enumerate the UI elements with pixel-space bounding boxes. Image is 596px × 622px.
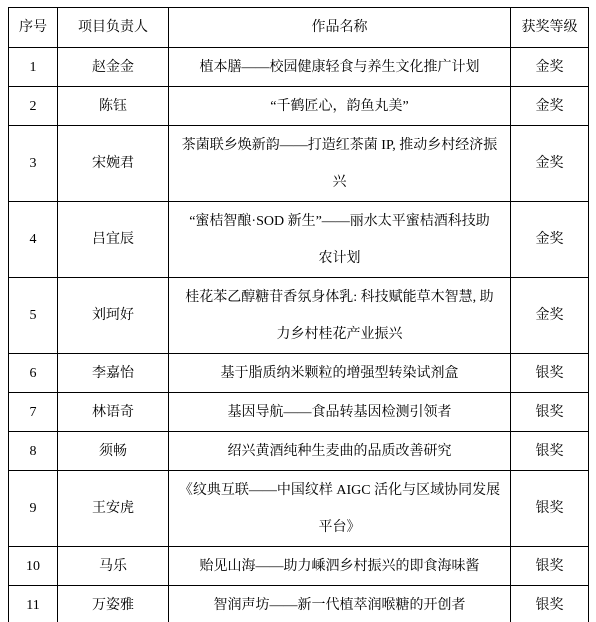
work-title-line: “千鹤匠心，韵鱼丸美”: [173, 88, 506, 125]
cell-leader: 宋婉君: [58, 126, 169, 202]
document-page: 序号 项目负责人 作品名称 获奖等级 1赵金金植本膳——校园健康轻食与养生文化推…: [0, 0, 596, 622]
cell-leader: 赵金金: [58, 48, 169, 87]
work-title-line: 贻见山海——助力嵊泗乡村振兴的即食海味酱: [173, 548, 506, 585]
cell-award: 银奖: [511, 354, 589, 393]
work-title-line: 基于脂质纳米颗粒的增强型转染试剂盒: [173, 355, 506, 392]
cell-no: 9: [9, 471, 58, 547]
cell-award: 金奖: [511, 126, 589, 202]
table-row: 4吕宜辰“蜜桔智酿·SOD 新生”——丽水太平蜜桔酒科技助农计划金奖: [9, 202, 589, 278]
cell-title: 《纹典互联——中国纹样 AIGC 活化与区域协同发展平台》: [169, 471, 511, 547]
cell-award: 金奖: [511, 87, 589, 126]
work-title-line: 桂花苯乙醇糖苷香氛身体乳: 科技赋能草木智慧, 助: [173, 279, 506, 316]
header-leader: 项目负责人: [58, 8, 169, 48]
table-row: 6李嘉怡基于脂质纳米颗粒的增强型转染试剂盒银奖: [9, 354, 589, 393]
cell-no: 3: [9, 126, 58, 202]
cell-title: 绍兴黄酒纯种生麦曲的品质改善研究: [169, 432, 511, 471]
cell-leader: 须畅: [58, 432, 169, 471]
cell-leader: 王安虎: [58, 471, 169, 547]
cell-award: 银奖: [511, 471, 589, 547]
cell-no: 6: [9, 354, 58, 393]
header-no: 序号: [9, 8, 58, 48]
header-title: 作品名称: [169, 8, 511, 48]
cell-title: “千鹤匠心，韵鱼丸美”: [169, 87, 511, 126]
cell-no: 4: [9, 202, 58, 278]
table-row: 1赵金金植本膳——校园健康轻食与养生文化推广计划金奖: [9, 48, 589, 87]
table-row: 9王安虎《纹典互联——中国纹样 AIGC 活化与区域协同发展平台》银奖: [9, 471, 589, 547]
cell-leader: 李嘉怡: [58, 354, 169, 393]
cell-award: 银奖: [511, 393, 589, 432]
table-row: 7林语奇基因导航——食品转基因检测引领者银奖: [9, 393, 589, 432]
table-row: 5刘珂好桂花苯乙醇糖苷香氛身体乳: 科技赋能草木智慧, 助力乡村桂花产业振兴金奖: [9, 278, 589, 354]
award-table: 序号 项目负责人 作品名称 获奖等级 1赵金金植本膳——校园健康轻食与养生文化推…: [8, 7, 589, 622]
table-row: 3宋婉君茶菌联乡焕新韵——打造红茶菌 IP, 推动乡村经济振兴金奖: [9, 126, 589, 202]
cell-no: 1: [9, 48, 58, 87]
cell-title: 贻见山海——助力嵊泗乡村振兴的即食海味酱: [169, 547, 511, 586]
header-award: 获奖等级: [511, 8, 589, 48]
cell-no: 10: [9, 547, 58, 586]
cell-award: 银奖: [511, 547, 589, 586]
cell-leader: 马乐: [58, 547, 169, 586]
cell-title: 植本膳——校园健康轻食与养生文化推广计划: [169, 48, 511, 87]
cell-award: 金奖: [511, 278, 589, 354]
cell-no: 2: [9, 87, 58, 126]
work-title-line: 茶菌联乡焕新韵——打造红茶菌 IP, 推动乡村经济振: [173, 127, 506, 164]
work-title-line: 基因导航——食品转基因检测引领者: [173, 394, 506, 431]
cell-leader: 刘珂好: [58, 278, 169, 354]
work-title-line: 绍兴黄酒纯种生麦曲的品质改善研究: [173, 433, 506, 470]
cell-leader: 陈钰: [58, 87, 169, 126]
cell-award: 银奖: [511, 586, 589, 622]
table-row: 8须畅绍兴黄酒纯种生麦曲的品质改善研究银奖: [9, 432, 589, 471]
table-row: 10马乐贻见山海——助力嵊泗乡村振兴的即食海味酱银奖: [9, 547, 589, 586]
work-title-line: 农计划: [173, 240, 506, 277]
cell-title: 智润声坊——新一代植萃润喉糖的开创者: [169, 586, 511, 622]
cell-leader: 林语奇: [58, 393, 169, 432]
cell-no: 11: [9, 586, 58, 622]
cell-leader: 吕宜辰: [58, 202, 169, 278]
cell-no: 7: [9, 393, 58, 432]
work-title-line: 平台》: [173, 509, 506, 546]
cell-title: 基于脂质纳米颗粒的增强型转染试剂盒: [169, 354, 511, 393]
cell-leader: 万姿雅: [58, 586, 169, 622]
work-title-line: 智润声坊——新一代植萃润喉糖的开创者: [173, 587, 506, 622]
table-row: 2陈钰“千鹤匠心，韵鱼丸美”金奖: [9, 87, 589, 126]
work-title-line: “蜜桔智酿·SOD 新生”——丽水太平蜜桔酒科技助: [173, 203, 506, 240]
cell-title: 基因导航——食品转基因检测引领者: [169, 393, 511, 432]
cell-award: 金奖: [511, 202, 589, 278]
cell-no: 8: [9, 432, 58, 471]
cell-title: “蜜桔智酿·SOD 新生”——丽水太平蜜桔酒科技助农计划: [169, 202, 511, 278]
header-row: 序号 项目负责人 作品名称 获奖等级: [9, 8, 589, 48]
cell-award: 金奖: [511, 48, 589, 87]
cell-title: 桂花苯乙醇糖苷香氛身体乳: 科技赋能草木智慧, 助力乡村桂花产业振兴: [169, 278, 511, 354]
cell-no: 5: [9, 278, 58, 354]
work-title-line: 植本膳——校园健康轻食与养生文化推广计划: [173, 49, 506, 86]
cell-award: 银奖: [511, 432, 589, 471]
work-title-line: 力乡村桂花产业振兴: [173, 316, 506, 353]
work-title-line: 《纹典互联——中国纹样 AIGC 活化与区域协同发展: [173, 472, 506, 509]
work-title-line: 兴: [173, 164, 506, 201]
cell-title: 茶菌联乡焕新韵——打造红茶菌 IP, 推动乡村经济振兴: [169, 126, 511, 202]
table-row: 11万姿雅智润声坊——新一代植萃润喉糖的开创者银奖: [9, 586, 589, 622]
